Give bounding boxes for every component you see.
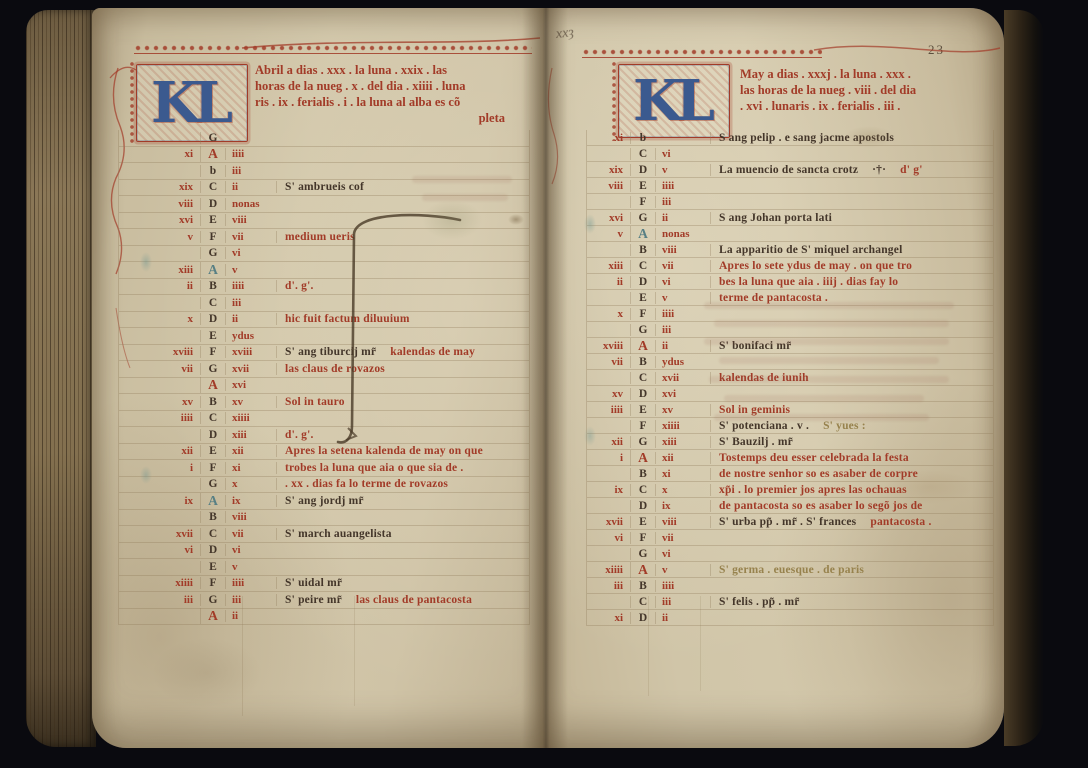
- golden-number: xvii: [119, 528, 200, 540]
- feast-entry: Apres la setena kalenda de may on que: [285, 445, 483, 457]
- calendar-row: viiiDnonas: [119, 196, 529, 213]
- golden-number: xiiii: [587, 564, 630, 576]
- day-count: vi: [655, 276, 710, 288]
- day-count: vi: [655, 548, 710, 560]
- day-count: iiii: [655, 308, 710, 320]
- dominical-letter: C: [630, 484, 655, 496]
- feast-entry-cell: S ang pelip . e sang jacme apostols: [710, 132, 993, 144]
- golden-number: iiii: [119, 412, 200, 424]
- dominical-letter: F: [630, 308, 655, 320]
- dominical-letter: E: [200, 445, 225, 457]
- feast-entry-cell: de pantacosta so es asaber lo segõ jos d…: [710, 500, 993, 512]
- open-book: KL Abril a dias . xxx . la luna . xxix .…: [92, 8, 1044, 748]
- dominical-letter: D: [630, 612, 655, 624]
- calendar-row: G: [119, 130, 529, 147]
- golden-number: xviii: [119, 346, 200, 358]
- golden-number: v: [587, 228, 630, 240]
- page-number: 23: [928, 42, 945, 58]
- calendar-row: ixAixS' ang jordj mr̃: [119, 493, 529, 510]
- feast-entry: de nostre senhor so es asaber de corpre: [719, 468, 918, 480]
- day-count: xiii: [225, 429, 276, 441]
- dominical-letter: B: [630, 580, 655, 592]
- header-line: las horas de la nueg . viii . del dia: [740, 82, 990, 98]
- feast-entry: ·†·: [872, 164, 886, 176]
- dominical-letter: C: [200, 412, 225, 424]
- dominical-letter: F: [630, 420, 655, 432]
- dominical-letter: B: [630, 468, 655, 480]
- dominical-letter: G: [200, 132, 225, 144]
- calendar-row: iiiGiiiS' peire mr̃las claus de pantacos…: [119, 592, 529, 609]
- dominical-letter: F: [200, 577, 225, 589]
- dominical-letter: D: [200, 429, 225, 441]
- feast-entry: terme de pantacosta .: [719, 292, 828, 304]
- day-count: iii: [225, 594, 276, 606]
- day-count: vi: [225, 247, 276, 259]
- feast-entry: de pantacosta so es asaber lo segõ jos d…: [719, 500, 923, 512]
- dominical-letter: F: [200, 346, 225, 358]
- golden-number: xiiii: [119, 577, 200, 589]
- feast-entry-cell: S' uidal mr̃: [276, 577, 529, 589]
- feast-entry: las claus de rovazos: [285, 363, 385, 375]
- day-count: x: [225, 478, 276, 490]
- calendar-row: Cvi: [587, 146, 993, 162]
- golden-number: viii: [587, 180, 630, 192]
- golden-number: xv: [119, 396, 200, 408]
- calendar-row: Cxviikalendas de iunih: [587, 370, 993, 386]
- calendar-row: viFvii: [587, 530, 993, 546]
- feast-entry: S' bonifaci mr̃: [719, 340, 791, 352]
- feast-entry-cell: La apparitio de S' miquel archangel: [710, 244, 993, 256]
- golden-number: xiii: [119, 264, 200, 276]
- day-count: iii: [225, 165, 276, 177]
- day-count: iiii: [225, 148, 276, 160]
- day-count: viii: [225, 214, 276, 226]
- calendar-row: Eydus: [119, 328, 529, 345]
- golden-number: vii: [587, 356, 630, 368]
- calendar-row: iiBiiiid'. g'.: [119, 279, 529, 296]
- feast-entry: Sol in tauro: [285, 396, 345, 408]
- cover-edge: [1004, 10, 1044, 746]
- feast-entry-cell: Sol in tauro: [276, 396, 529, 408]
- golden-number: xix: [587, 164, 630, 176]
- feast-entry: trobes la luna que aia o que sia de .: [285, 462, 463, 474]
- dominical-letter: G: [630, 212, 655, 224]
- golden-number: xviii: [587, 340, 630, 352]
- day-count: ii: [655, 612, 710, 624]
- day-count: v: [225, 561, 276, 573]
- dominical-letter: D: [200, 198, 225, 210]
- golden-number: vi: [587, 532, 630, 544]
- day-count: ii: [225, 610, 276, 622]
- month-header-april: Abril a dias . xxx . la luna . xxix . la…: [255, 62, 531, 126]
- calendar-row: xDiihic fuit factum diluuium: [119, 312, 529, 329]
- calendar-row: xibS ang pelip . e sang jacme apostols: [587, 130, 993, 146]
- ruling-line: [242, 596, 243, 716]
- day-count: ix: [655, 500, 710, 512]
- calendar-row: iFxitrobes la luna que aia o que sia de …: [119, 460, 529, 477]
- feast-entry-cell: bes la luna que aia . iiij . dias fay lo: [710, 276, 993, 288]
- day-count: xii: [225, 445, 276, 457]
- calendar-row: xiiiAv: [119, 262, 529, 279]
- dominical-letter: E: [630, 180, 655, 192]
- dominical-letter: E: [200, 214, 225, 226]
- dominical-letter: A: [630, 450, 655, 466]
- day-count: v: [655, 564, 710, 576]
- calendar-row: Gvi: [587, 546, 993, 562]
- dominical-letter: B: [630, 356, 655, 368]
- dominical-letter: B: [200, 396, 225, 408]
- day-count: iii: [655, 596, 710, 608]
- feast-entry-cell: S' felis . pp̃ . mr̃: [710, 596, 993, 608]
- day-count: x: [655, 484, 710, 496]
- feast-entry-cell: de nostre senhor so es asaber de corpre: [710, 468, 993, 480]
- calendar-row: xiiGxiiiS' Bauzilj . mr̃: [587, 434, 993, 450]
- feast-entry-cell: S' bonifaci mr̃: [710, 340, 993, 352]
- calendar-row: xiAiiii: [119, 147, 529, 164]
- golden-number: ix: [587, 484, 630, 496]
- dominical-letter: C: [200, 181, 225, 193]
- calendar-row: Axvi: [119, 378, 529, 395]
- feast-entry: xp̃i . lo premier jos apres las ochauas: [719, 484, 907, 496]
- feast-entry: S' potenciana . v .: [719, 420, 809, 432]
- page-may: xxȝ 23 KL May a dias . xxxj . la luna . …: [544, 8, 1004, 748]
- dominical-letter: G: [630, 324, 655, 336]
- feast-entry: S' ambrueis cof: [285, 181, 364, 193]
- day-count: xi: [225, 462, 276, 474]
- golden-number: xiii: [587, 260, 630, 272]
- golden-number: x: [587, 308, 630, 320]
- feast-entry-cell: S ang Johan porta lati: [710, 212, 993, 224]
- calendar-row: Evterme de pantacosta .: [587, 290, 993, 306]
- feast-entry-cell: xp̃i . lo premier jos apres las ochauas: [710, 484, 993, 496]
- calendar-row: xviiCviiS' march auangelista: [119, 526, 529, 543]
- golden-number: xi: [587, 132, 630, 144]
- golden-number: xvi: [119, 214, 200, 226]
- feast-entry: d' g': [900, 164, 922, 176]
- feast-entry: d'. g'.: [285, 429, 314, 441]
- day-count: viii: [225, 511, 276, 523]
- day-count: viii: [655, 516, 710, 528]
- day-count: vi: [225, 544, 276, 556]
- day-count: xvii: [655, 372, 710, 384]
- feast-entry: hic fuit factum diluuium: [285, 313, 410, 325]
- calendar-row: Giii: [587, 322, 993, 338]
- golden-number: ix: [119, 495, 200, 507]
- day-count: ydus: [225, 330, 276, 342]
- day-count: ii: [655, 340, 710, 352]
- golden-number: v: [119, 231, 200, 243]
- dominical-letter: b: [630, 132, 655, 144]
- golden-number: xv: [587, 388, 630, 400]
- kl-letters: KL: [151, 75, 233, 131]
- dominical-letter: E: [200, 330, 225, 342]
- calendar-row: viiiEiiii: [587, 178, 993, 194]
- dominical-letter: F: [630, 532, 655, 544]
- calendar-row: xviGiiS ang Johan porta lati: [587, 210, 993, 226]
- feast-entry: las claus de pantacosta: [356, 594, 472, 606]
- day-count: viii: [655, 244, 710, 256]
- day-count: vii: [225, 231, 276, 243]
- dominical-letter: A: [630, 338, 655, 354]
- day-count: ix: [225, 495, 276, 507]
- header-line: horas de la nueg . x . del dia . xiiii .…: [255, 78, 531, 94]
- day-count: v: [225, 264, 276, 276]
- day-count: iiii: [225, 577, 276, 589]
- kl-initial-may: KL: [618, 64, 730, 138]
- calendar-row: viiBydus: [587, 354, 993, 370]
- feast-entry: S' march auangelista: [285, 528, 392, 540]
- calendar-row: Dixde pantacosta so es asaber lo segõ jo…: [587, 498, 993, 514]
- dominical-letter: A: [630, 226, 655, 242]
- feast-entry-cell: medium ueris: [276, 231, 529, 243]
- calendar-row: Ev: [119, 559, 529, 576]
- ornament-band: [582, 48, 822, 58]
- feast-entry: kalendas de may: [390, 346, 475, 358]
- feast-entry-cell: Apres la setena kalenda de may on que: [276, 445, 529, 457]
- feast-entry: S' yues :: [823, 420, 866, 432]
- feast-entry: S ang pelip . e sang jacme apostols: [719, 132, 894, 144]
- dominical-letter: G: [200, 478, 225, 490]
- feast-entry-cell: S' potenciana . v .S' yues :: [710, 420, 993, 432]
- dominical-letter: D: [200, 544, 225, 556]
- kl-letters: KL: [633, 73, 715, 129]
- feast-entry-cell: las claus de rovazos: [276, 363, 529, 375]
- dominical-letter: E: [630, 516, 655, 528]
- golden-number: vii: [119, 363, 200, 375]
- day-count: ii: [225, 181, 276, 193]
- feast-entry: medium ueris: [285, 231, 355, 243]
- feast-entry: S ang Johan porta lati: [719, 212, 832, 224]
- calendar-row: xviiEviiiS' urba pp̃ . mr̃ . S' francesp…: [587, 514, 993, 530]
- dominical-letter: G: [630, 548, 655, 560]
- feast-entry: d'. g'.: [285, 280, 314, 292]
- golden-number: ii: [119, 280, 200, 292]
- dominical-letter: A: [200, 493, 225, 509]
- dominical-letter: A: [200, 608, 225, 624]
- day-count: xiiii: [655, 420, 710, 432]
- calendar-row: xviiiAiiS' bonifaci mr̃: [587, 338, 993, 354]
- golden-number: xi: [119, 148, 200, 160]
- ornament-band: [134, 44, 532, 54]
- day-count: v: [655, 164, 710, 176]
- feast-entry-cell: trobes la luna que aia o que sia de .: [276, 462, 529, 474]
- dominical-letter: D: [630, 500, 655, 512]
- dominical-letter: A: [200, 262, 225, 278]
- calendar-row: Bxide nostre senhor so es asaber de corp…: [587, 466, 993, 482]
- calendar-row: Aii: [119, 609, 529, 626]
- ruling-line: [648, 596, 649, 696]
- feast-entry: bes la luna que aia . iiij . dias fay lo: [719, 276, 898, 288]
- calendar-row: xFiiii: [587, 306, 993, 322]
- golden-number: vi: [119, 544, 200, 556]
- golden-number: xvii: [587, 516, 630, 528]
- dominical-letter: G: [200, 363, 225, 375]
- feast-entry-cell: S' march auangelista: [276, 528, 529, 540]
- calendar-row: Bviii: [119, 510, 529, 527]
- calendar-row: xvDxvi: [587, 386, 993, 402]
- golden-number: x: [119, 313, 200, 325]
- day-count: xiiii: [225, 412, 276, 424]
- calendar-row: biii: [119, 163, 529, 180]
- day-count: vi: [655, 148, 710, 160]
- feast-entry-cell: S' ang jordj mr̃: [276, 495, 529, 507]
- feast-entry: S' ang tiburcij mr̃: [285, 346, 376, 358]
- day-count: v: [655, 292, 710, 304]
- day-count: vii: [655, 532, 710, 544]
- header-line: May a dias . xxxj . la luna . xxx .: [740, 66, 990, 82]
- calendar-row: iiiBiiii: [587, 578, 993, 594]
- dominical-letter: D: [630, 388, 655, 400]
- day-count: xi: [655, 468, 710, 480]
- dominical-letter: D: [200, 313, 225, 325]
- day-count: iiii: [225, 280, 276, 292]
- day-count: iii: [655, 324, 710, 336]
- golden-number: iii: [587, 580, 630, 592]
- month-header-may: May a dias . xxxj . la luna . xxx .las h…: [740, 66, 990, 114]
- golden-number: xix: [119, 181, 200, 193]
- dominical-letter: B: [200, 280, 225, 292]
- calendar-row: xixCiiS' ambrueis cof: [119, 180, 529, 197]
- calendar-row: ixCxxp̃i . lo premier jos apres las ocha…: [587, 482, 993, 498]
- day-count: iii: [655, 196, 710, 208]
- feast-entry: S' germa . euesque . de paris: [719, 564, 864, 576]
- dominical-letter: C: [630, 596, 655, 608]
- calendar-row: viiGxviilas claus de rovazos: [119, 361, 529, 378]
- day-count: iiii: [655, 580, 710, 592]
- dominical-letter: G: [200, 594, 225, 606]
- page-april: KL Abril a dias . xxx . la luna . xxix .…: [92, 8, 544, 748]
- calendar-row: Gvi: [119, 246, 529, 263]
- day-count: ii: [225, 313, 276, 325]
- day-count: vii: [655, 260, 710, 272]
- calendar-row: xiiiCviiApres lo sete ydus de may . on q…: [587, 258, 993, 274]
- feast-entry-cell: S' peire mr̃las claus de pantacosta: [276, 594, 529, 606]
- dominical-letter: E: [630, 404, 655, 416]
- calendar-row: vFviimedium ueris: [119, 229, 529, 246]
- feast-entry-cell: S' germa . euesque . de paris: [710, 564, 993, 576]
- feast-entry-cell: S' Bauzilj . mr̃: [710, 436, 993, 448]
- calendar-row: Fiii: [587, 194, 993, 210]
- dominical-letter: C: [630, 372, 655, 384]
- calendar-row: xvBxvSol in tauro: [119, 394, 529, 411]
- dominical-letter: A: [200, 377, 225, 393]
- calendar-row: FxiiiiS' potenciana . v .S' yues :: [587, 418, 993, 434]
- feast-entry-cell: d'. g'.: [276, 429, 529, 441]
- golden-number: xii: [119, 445, 200, 457]
- feast-entry: S' peire mr̃: [285, 594, 342, 606]
- calendar-rows-may: xibS ang pelip . e sang jacme apostolsCv…: [586, 130, 994, 626]
- page-edge-stack: [26, 10, 96, 747]
- dominical-letter: C: [200, 297, 225, 309]
- calendar-row: xviiiFxviiiS' ang tiburcij mr̃kalendas d…: [119, 345, 529, 362]
- dominical-letter: C: [200, 528, 225, 540]
- calendar-row: iAxiiTostemps deu esser celebrada la fes…: [587, 450, 993, 466]
- ruling-line: [354, 596, 355, 706]
- dominical-letter: D: [630, 276, 655, 288]
- calendar-row: iiDvibes la luna que aia . iiij . dias f…: [587, 274, 993, 290]
- day-count: xvii: [225, 363, 276, 375]
- dominical-letter: G: [200, 247, 225, 259]
- feast-entry-cell: Sol in geminis: [710, 404, 993, 416]
- calendar-row: Ciii: [119, 295, 529, 312]
- day-count: xv: [655, 404, 710, 416]
- header-line: Abril a dias . xxx . la luna . xxix . la…: [255, 62, 531, 78]
- golden-number: ii: [587, 276, 630, 288]
- day-count: ii: [655, 212, 710, 224]
- calendar-row: iiiiExvSol in geminis: [587, 402, 993, 418]
- day-count: xii: [655, 452, 710, 464]
- calendar-row: xiiExiiApres la setena kalenda de may on…: [119, 444, 529, 461]
- marginal-scribble: xxȝ: [555, 25, 575, 43]
- feast-entry: S' urba pp̃ . mr̃ . S' frances: [719, 516, 856, 528]
- calendar-row: Dxiiid'. g'.: [119, 427, 529, 444]
- dominical-letter: b: [200, 165, 225, 177]
- dominical-letter: B: [200, 511, 225, 523]
- day-count: vii: [225, 528, 276, 540]
- day-count: xiii: [655, 436, 710, 448]
- stain: [152, 638, 262, 708]
- day-count: nonas: [655, 228, 710, 240]
- golden-number: iii: [119, 594, 200, 606]
- feast-entry: La apparitio de S' miquel archangel: [719, 244, 902, 256]
- feast-entry: . xx . dias fa lo terme de rovazos: [285, 478, 448, 490]
- feast-entry: pantacosta .: [870, 516, 931, 528]
- feast-entry: Apres lo sete ydus de may . on que tro: [719, 260, 912, 272]
- feast-entry-cell: hic fuit factum diluuium: [276, 313, 529, 325]
- golden-number: viii: [119, 198, 200, 210]
- golden-number: i: [587, 452, 630, 464]
- ruling-line: [700, 596, 701, 691]
- feast-entry: La muencio de sancta crotz: [719, 164, 858, 176]
- day-count: xv: [225, 396, 276, 408]
- feast-entry-cell: . xx . dias fa lo terme de rovazos: [276, 478, 529, 490]
- day-count: nonas: [225, 198, 276, 210]
- day-count: iiii: [655, 180, 710, 192]
- calendar-row: xviEviii: [119, 213, 529, 230]
- day-count: ydus: [655, 356, 710, 368]
- golden-number: xi: [587, 612, 630, 624]
- calendar-row: vAnonas: [587, 226, 993, 242]
- dominical-letter: F: [630, 196, 655, 208]
- dominical-letter: E: [630, 292, 655, 304]
- dominical-letter: A: [630, 562, 655, 578]
- feast-entry: S' felis . pp̃ . mr̃: [719, 596, 800, 608]
- golden-number: iiii: [587, 404, 630, 416]
- day-count: iii: [225, 297, 276, 309]
- golden-number: xvi: [587, 212, 630, 224]
- feast-entry-cell: kalendas de iunih: [710, 372, 993, 384]
- feast-entry-cell: d'. g'.: [276, 280, 529, 292]
- day-count: xviii: [225, 346, 276, 358]
- day-count: xvi: [225, 379, 276, 391]
- feast-entry-cell: S' ang tiburcij mr̃kalendas de may: [276, 346, 529, 358]
- golden-number: i: [119, 462, 200, 474]
- dominical-letter: B: [630, 244, 655, 256]
- feast-entry-cell: terme de pantacosta .: [710, 292, 993, 304]
- calendar-row: xiiiiAvS' germa . euesque . de paris: [587, 562, 993, 578]
- feast-entry: S' uidal mr̃: [285, 577, 342, 589]
- feast-entry-cell: S' urba pp̃ . mr̃ . S' francespantacosta…: [710, 516, 993, 528]
- dominical-letter: A: [200, 146, 225, 162]
- dominical-letter: F: [200, 462, 225, 474]
- header-line: . xvi . lunaris . ix . ferialis . iii .: [740, 98, 990, 114]
- feast-entry-cell: La muencio de sancta crotz·†·d' g': [710, 164, 993, 176]
- calendar-row: Gx. xx . dias fa lo terme de rovazos: [119, 477, 529, 494]
- dominical-letter: D: [630, 164, 655, 176]
- feast-entry-cell: S' ambrueis cof: [276, 181, 529, 193]
- calendar-row: BviiiLa apparitio de S' miquel archangel: [587, 242, 993, 258]
- dominical-letter: C: [630, 148, 655, 160]
